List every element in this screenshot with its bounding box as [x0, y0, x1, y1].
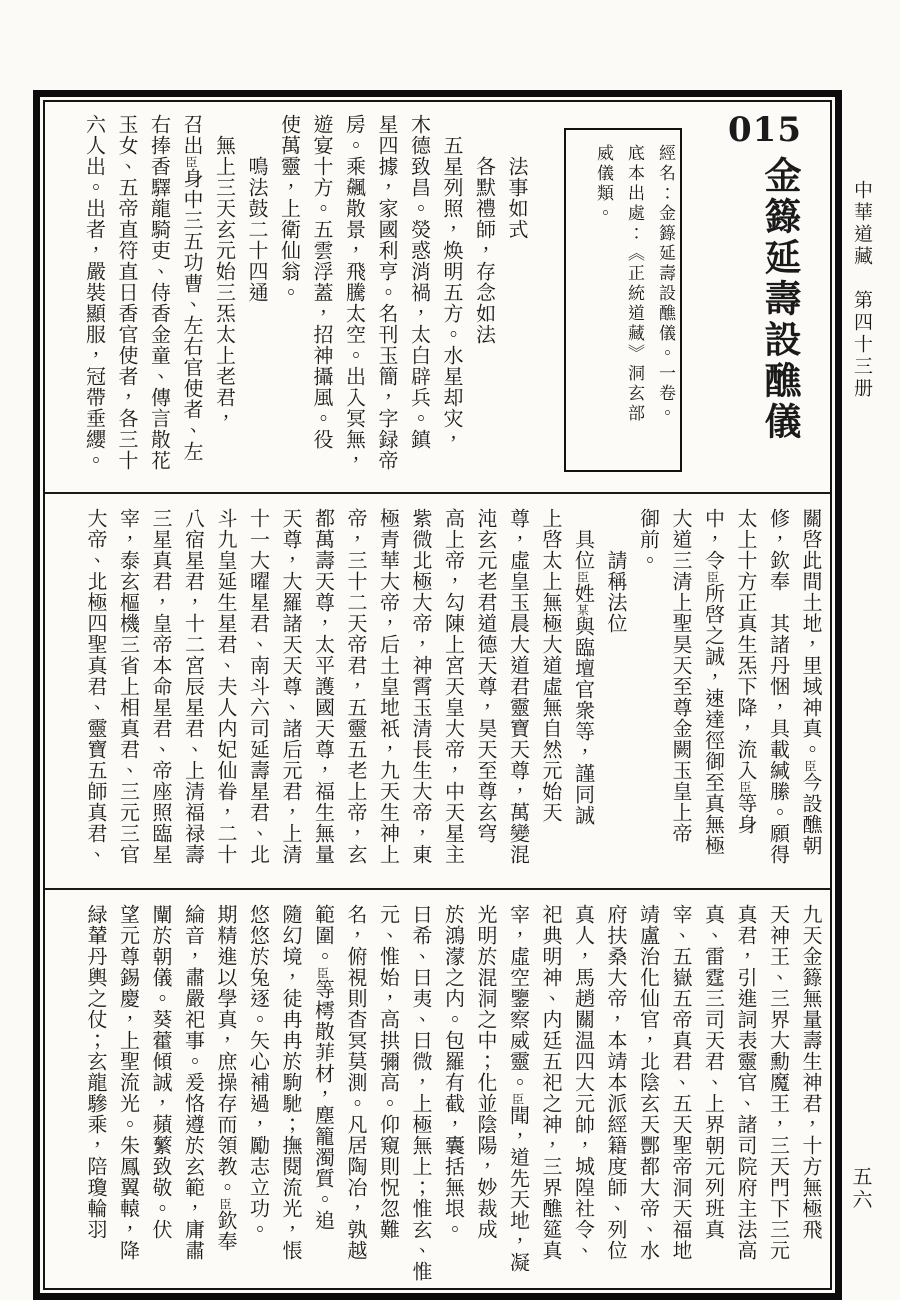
text-column: 五星列照，焕明五方。水星却灾，: [429, 114, 462, 488]
text-column: 大道三清上聖昊天至尊金闕玉皇上帝: [658, 508, 691, 884]
small-annotation-char: 臣: [576, 571, 590, 583]
text-column: 九天金籙無量壽生神君，十方無極飛: [788, 904, 821, 1284]
text-column: 曰希、曰夷、曰微，上極無上；惟玄、惟: [398, 904, 431, 1284]
text-column: 無上三天玄元始三炁太上老君，: [201, 114, 234, 488]
text-column: 都萬壽天尊，太平護國天尊，福生無量: [300, 508, 333, 884]
text-column: 大帝、北極四聖真君、靈寶五師真君、: [73, 508, 106, 884]
text-column: 法事如式: [494, 114, 527, 488]
title-block: 015 金籙延壽設醮儀 經名：金籙延壽設醮儀。一卷。底本出處：《正統道藏》洞玄部…: [530, 102, 830, 492]
text-column: 上啓太上無極大道虛無自然元始天: [528, 508, 561, 884]
text-column: 闡於朝儀。葵藿傾誠，蘋蘩致敬。伏: [138, 904, 171, 1284]
text-column: 緑輦丹輿之仗；玄龍驂乘，陪瓊輪羽: [73, 904, 106, 1284]
text-column: 範圍。臣等樗散菲材，塵籠濁質。追: [300, 904, 333, 1284]
section-middle-text: 關啓此間土地，里域神真。臣今設醮朝修，欽奉 其諸丹悃，具載緘縢。願得太上十方正真…: [45, 494, 830, 888]
text-column: 於鴻濛之内。包羅有截，囊括無垠。: [430, 904, 463, 1284]
small-annotation-char: 臣: [511, 1093, 525, 1105]
text-column: 十一大曜星君、南斗六司延壽星君、北: [235, 508, 268, 884]
text-column: 望元尊錫慶，上聖流光。朱鳳翼轅，降: [105, 904, 138, 1284]
text-column: 六人出。出者，嚴裝顯服，冠帶垂纓。: [71, 114, 104, 488]
small-annotation-char: 臣: [738, 781, 752, 793]
text-column: 修，欽奉 其諸丹悃，具載緘縢。願得: [755, 508, 788, 884]
text-column: 太上十方正真生炁下降，流入臣等身: [723, 508, 756, 884]
text-column: 期精進以學真，庶操存而領教。臣欽奉: [203, 904, 236, 1284]
text-column: 經名：金籙延壽設醮儀。一卷。: [643, 144, 674, 456]
text-column: 尊，虛皇玉晨大道君靈寶天尊，萬變混: [495, 508, 528, 884]
text-column: 各默禮師，存念如法: [461, 114, 494, 488]
text-column: 真君，引進詞表靈官、諸司院府主法高: [723, 904, 756, 1284]
text-column: 鳴法鼓二十四通: [234, 114, 267, 488]
text-column: 綸音，肅嚴祀事。爰恪遵於玄範，庸肅: [170, 904, 203, 1284]
volume-label: 中華道藏 第四十三册: [852, 180, 871, 400]
text-column: 房。乘飆散景，飛騰太空。出入冥無，: [331, 114, 364, 488]
text-column: 玉女、五帝直符直日香官使者，各三十: [104, 114, 137, 488]
section-bottom-text: 九天金籙無量壽生神君，十方無極飛天神王、三界大勳魔王，三天門下三元真君，引進詞表…: [45, 890, 830, 1288]
text-column: 帝，三十二天帝君，五靈五老上帝，玄: [333, 508, 366, 884]
document-number: 015: [728, 110, 802, 150]
text-column: 天尊，大羅諸天天尊、諸后元君，上清: [268, 508, 301, 884]
section-top: 法事如式 各默禮師，存念如法 五星列照，焕明五方。水星却灾，木德致昌。熒惑消禍，…: [45, 102, 830, 492]
text-column: 光明於混洞之中；化並陰陽，妙裁成: [463, 904, 496, 1284]
text-column: 御前。: [625, 508, 658, 884]
text-column: 木德致昌。熒惑消禍，太白辟兵。鎮: [396, 114, 429, 488]
text-column: 威儀類。: [581, 144, 612, 456]
small-annotation-char: 臣: [218, 1198, 232, 1210]
text-column: 紫微北極大帝，神霄玉清長生大帝，東: [398, 508, 431, 884]
text-column: 中，令臣所啓之誠，速達徑御至真無極: [690, 508, 723, 884]
text-column: 三星真君，皇帝本命星君、帝座照臨星: [138, 508, 171, 884]
text-column: 斗九皇延生星君、夫人内妃仙眷，二十: [203, 508, 236, 884]
text-column: 府扶桑大帝，本靖本派經籍度師、列位: [593, 904, 626, 1284]
text-column: 隨幻境，徒冉冉於駒馳；撫閱流光，悵: [268, 904, 301, 1284]
text-column: 祀典明神、内廷五祀之神，三界醮筵真: [528, 904, 561, 1284]
text-column: 星四據，家國利亨。名刊玉簡，字録帝: [364, 114, 397, 488]
text-column: 關啓此間土地，里域神真。臣今設醮朝: [788, 508, 821, 884]
text-column: 名，俯視則杳冥莫測。凡居陶冶，孰越: [333, 904, 366, 1284]
page-inner-frame: 法事如式 各默禮師，存念如法 五星列照，焕明五方。水星却灾，木德致昌。熒惑消禍，…: [43, 100, 832, 1290]
small-annotation-char: 臣: [803, 760, 817, 772]
text-column: 宰，虛空鑒察威靈。臣聞，道先天地，凝: [495, 904, 528, 1284]
small-annotation-char: 某: [576, 604, 590, 616]
text-column: 元、惟始，高拱彌高。仰窺則怳忽難: [365, 904, 398, 1284]
small-annotation-char: 臣: [706, 571, 720, 583]
text-column: 沌玄元老君道德天尊，昊天至尊玄穹: [463, 508, 496, 884]
page-border-frame: 法事如式 各默禮師，存念如法 五星列照，焕明五方。水星却灾，木德致昌。熒惑消禍，…: [33, 90, 842, 1300]
text-column: 八宿星君，十二宮辰星君、上清福禄壽: [170, 508, 203, 884]
text-column: 具位臣姓某與臨壇官衆等，謹同誠: [560, 508, 593, 884]
text-column: 遊宴十方。五雲浮蓋，招神攝風。役: [299, 114, 332, 488]
folio-page-number: 五六: [850, 1166, 870, 1212]
text-column: 天神王、三界大勳魔王，三天門下三元: [755, 904, 788, 1284]
text-column: 高上帝，勾陳上宮天皇大帝，中天星主: [430, 508, 463, 884]
text-column: 宰、五嶽五帝真君、五天聖帝洞天福地: [658, 904, 691, 1284]
small-annotation-char: 臣: [184, 156, 198, 168]
text-column: 真、雷霆三司天君、上界朝元列班真: [690, 904, 723, 1284]
bibliographic-note-box: 經名：金籙延壽設醮儀。一卷。底本出處：《正統道藏》洞玄部威儀類。: [564, 128, 682, 472]
text-column: 靖盧治化仙官，北陰玄天酆都大帝、水: [625, 904, 658, 1284]
text-column: 底本出處：《正統道藏》洞玄部: [612, 144, 643, 456]
text-column: 極青華大帝，后土皇地祇，九天生神上: [365, 508, 398, 884]
text-column: 真人，馬趙關温四大元帥，城隍社令、: [560, 904, 593, 1284]
text-column: 宰，泰玄樞機三省上相真君、三元三官: [105, 508, 138, 884]
text-column: 右捧香驛龍騎吏、侍香金童、傳言散花: [136, 114, 169, 488]
text-column: 請稱法位: [593, 508, 626, 884]
document-title: 金籙延壽設醮儀: [757, 156, 798, 443]
scanned-book-page: { "doc": { "number": "015", "title": "金籙…: [0, 0, 900, 1300]
section-top-text: 法事如式 各默禮師，存念如法 五星列照，焕明五方。水星却灾，木德致昌。熒惑消禍，…: [45, 102, 530, 492]
small-annotation-char: 臣: [316, 967, 330, 979]
text-column: 使萬靈，上衛仙翁。: [266, 114, 299, 488]
text-column: 召出臣身中三五功曹、左右官使者、左: [169, 114, 202, 488]
text-column: 悠悠於兔逐。矢心補過，勵志立功。: [235, 904, 268, 1284]
